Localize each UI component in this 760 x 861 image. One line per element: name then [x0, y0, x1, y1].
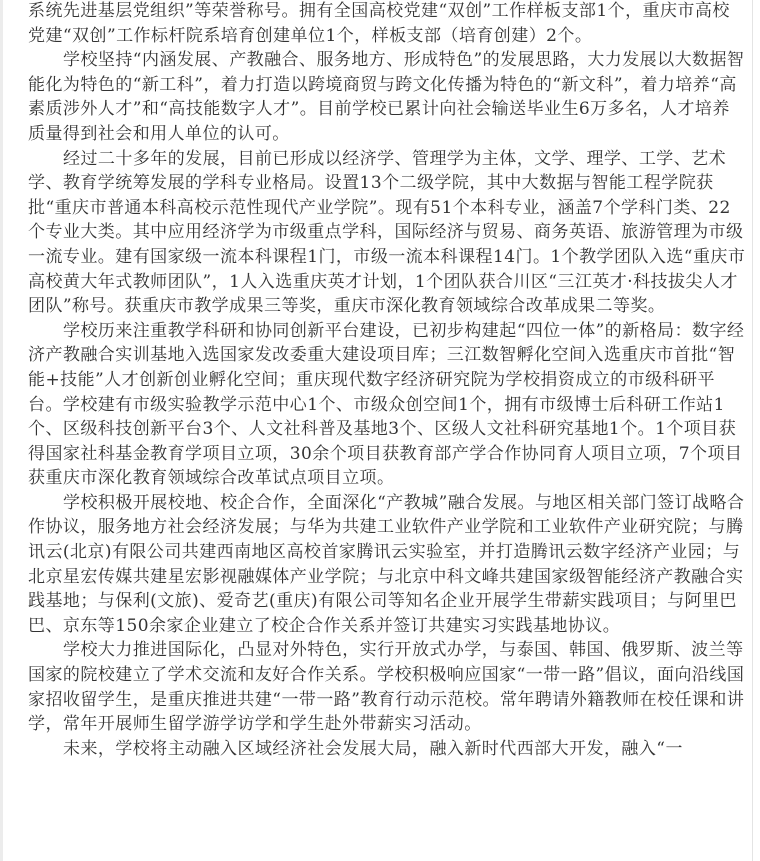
paragraph-disciplines: 经过二十多年的发展，目前已形成以经济学、管理学为主体，文学、理学、工学、艺术学、… [28, 147, 746, 319]
paragraph-party-honors: 系统先进基层党组织”等荣誉称号。拥有全国高校党建“双创”工作样板支部1个，重庆市… [28, 0, 746, 48]
paragraph-cooperation: 学校积极开展校地、校企合作，全面深化“产教城”融合发展。与地区相关部门签订战略合… [28, 491, 746, 639]
paragraph-internationalization: 学校大力推进国际化，凸显对外特色，实行开放式办学，与泰国、韩国、俄罗斯、波兰等国… [28, 638, 746, 736]
article-body: 系统先进基层党组织”等荣誉称号。拥有全国高校党建“双创”工作样板支部1个，重庆市… [28, 0, 746, 761]
paragraph-future: 未来，学校将主动融入区域经济社会发展大局，融入新时代西部大开发，融入“一 [28, 737, 746, 762]
content-right-border [752, 0, 753, 861]
page-left-margin [0, 0, 3, 861]
paragraph-development-strategy: 学校坚持“内涵发展、产教融合、服务地方、形成特色”的发展思路，大力发展以大数据智… [28, 48, 746, 146]
paragraph-research-platforms: 学校历来注重教学科研和协同创新平台建设，已初步构建起“四位一体”的新格局：数字经… [28, 319, 746, 491]
